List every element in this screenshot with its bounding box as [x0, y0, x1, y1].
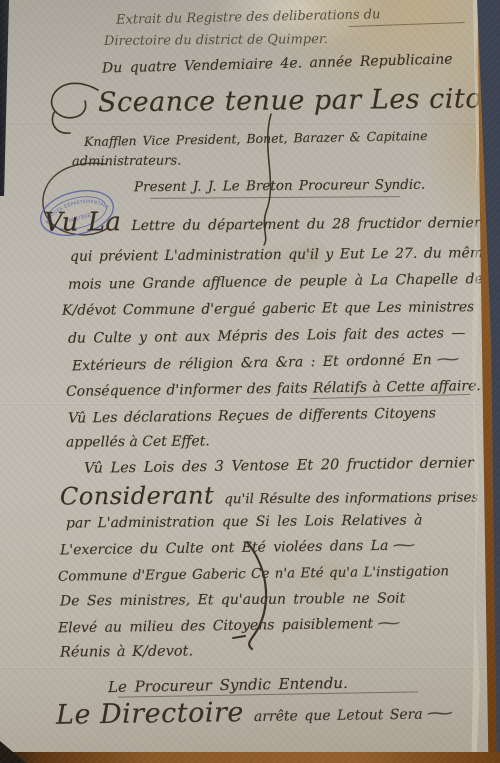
considerant-text: qu'il Résulte des informations prises — [224, 490, 478, 508]
heading-seance-text: Sceance tenue par Les citoyens — [98, 83, 500, 119]
body-line: Elevé au milieu des Citoyens paisiblemen… — [58, 616, 395, 637]
directoire-line: Le Directoire arrête que Letout Sera ~ — [56, 694, 446, 730]
body-line: par L'administration que Si les Lois Rel… — [66, 512, 423, 531]
line-end-squiggle: ~ — [423, 703, 455, 722]
directoire-lead: Le Directoire — [56, 697, 244, 731]
body-line: Réunis à K/devot. — [60, 643, 193, 660]
body-line: Extérieurs de réligion &ra &ra : Et ordo… — [72, 352, 454, 375]
date-line-text: Du quatre Vendemiaire 4e. année Republic… — [102, 51, 453, 76]
paper-crease — [0, 667, 500, 668]
body-line: Conséquence d'informer des faits Rélatif… — [66, 378, 481, 400]
members-line: Knafflen Vice President, Bonet, Barazer … — [84, 128, 428, 149]
body-line-text: Conséquence d'informer des faits Rélatif… — [66, 378, 481, 400]
title-line-2-text: Directoire du district de Quimper. — [104, 32, 328, 49]
body-line-text: par L'administration que Si les Lois Rel… — [66, 512, 423, 531]
body-line-text: qui prévient L'administration qu'il y Eu… — [70, 245, 491, 265]
brace-flourish — [243, 540, 275, 652]
body-line-text: du Culte y ont aux Mépris des Lois fait … — [68, 325, 466, 347]
considerant-line: Considerant qu'il Résulte des informatio… — [60, 480, 479, 511]
heading-seance: Sceance tenue par Les citoyens — [98, 83, 500, 119]
date-line: Du quatre Vendemiaire 4e. année Republic… — [102, 51, 453, 76]
body-line: mois une Grande affluence de peuple à La… — [68, 271, 483, 293]
vu-les-lois-line: Vû Les Lois des 3 Ventose Et 20 fructido… — [84, 455, 474, 476]
vu-les-lois-text: Vû Les Lois des 3 Ventose Et 20 fructido… — [84, 455, 474, 476]
body-line-text: Réunis à K/devot. — [60, 643, 193, 660]
body-line-text: De Ses ministres, Et qu'aucun trouble ne… — [60, 590, 405, 609]
body-line: Vû Les déclarations Reçues de differents… — [68, 405, 436, 426]
desk-edge-bottom — [0, 752, 500, 763]
line-end-squiggle: ~ — [375, 616, 403, 632]
body-line-text: Extérieurs de réligion &ra &ra : Et ordo… — [72, 352, 432, 374]
body-line-text: mois une Grande affluence de peuple à La… — [68, 271, 483, 293]
body-line-text: K/dévot Commune d'ergué gaberic Et que L… — [62, 299, 474, 319]
title-line-1-text: Extrait du Registre des deliberations du — [116, 7, 381, 28]
calligraphic-flourish — [40, 78, 104, 140]
title-line-1: Extrait du Registre des deliberations du — [116, 7, 381, 28]
paper-crease — [0, 403, 500, 404]
title-line-2: Directoire du district de Quimper. — [104, 32, 328, 49]
body-line-text: Vû Les déclarations Reçues de differents… — [68, 405, 436, 426]
body-line-text: L'exercice du Culte ont Eté violées dans… — [60, 538, 389, 559]
backdrop-top-left — [0, 0, 9, 196]
vu-la-lead: Vu La — [44, 207, 122, 238]
line-end-squiggle: ~ — [433, 352, 461, 368]
body-line-text: Elevé au milieu des Citoyens paisiblemen… — [58, 616, 373, 636]
body-line: K/dévot Commune d'ergué gaberic Et que L… — [62, 299, 474, 319]
line-end-squiggle: ~ — [390, 537, 418, 553]
members-line-text: Knafflen Vice President, Bonet, Barazer … — [84, 128, 428, 149]
body-line: du Culte y ont aux Mépris des Lois fait … — [68, 325, 466, 347]
baseline-stroke — [349, 22, 465, 27]
body-line: L'exercice du Culte ont Eté violées dans… — [60, 538, 410, 559]
body-line: De Ses ministres, Et qu'aucun trouble ne… — [60, 590, 405, 609]
vu-la-text: Lettre du département du 28 fructidor de… — [131, 215, 480, 234]
directoire-text: arrête que Letout Sera — [254, 707, 423, 725]
vu-la-line: Vu La Lettre du département du 28 fructi… — [44, 204, 481, 238]
manuscript-page: Extrait du Registre des deliberations du… — [0, 0, 500, 763]
body-line: appellés à Cet Effet. — [66, 433, 210, 450]
body-line: qui prévient L'administration qu'il y Eu… — [70, 245, 491, 265]
body-line-text: appellés à Cet Effet. — [66, 433, 210, 450]
considerant-lead: Considerant — [60, 481, 214, 510]
